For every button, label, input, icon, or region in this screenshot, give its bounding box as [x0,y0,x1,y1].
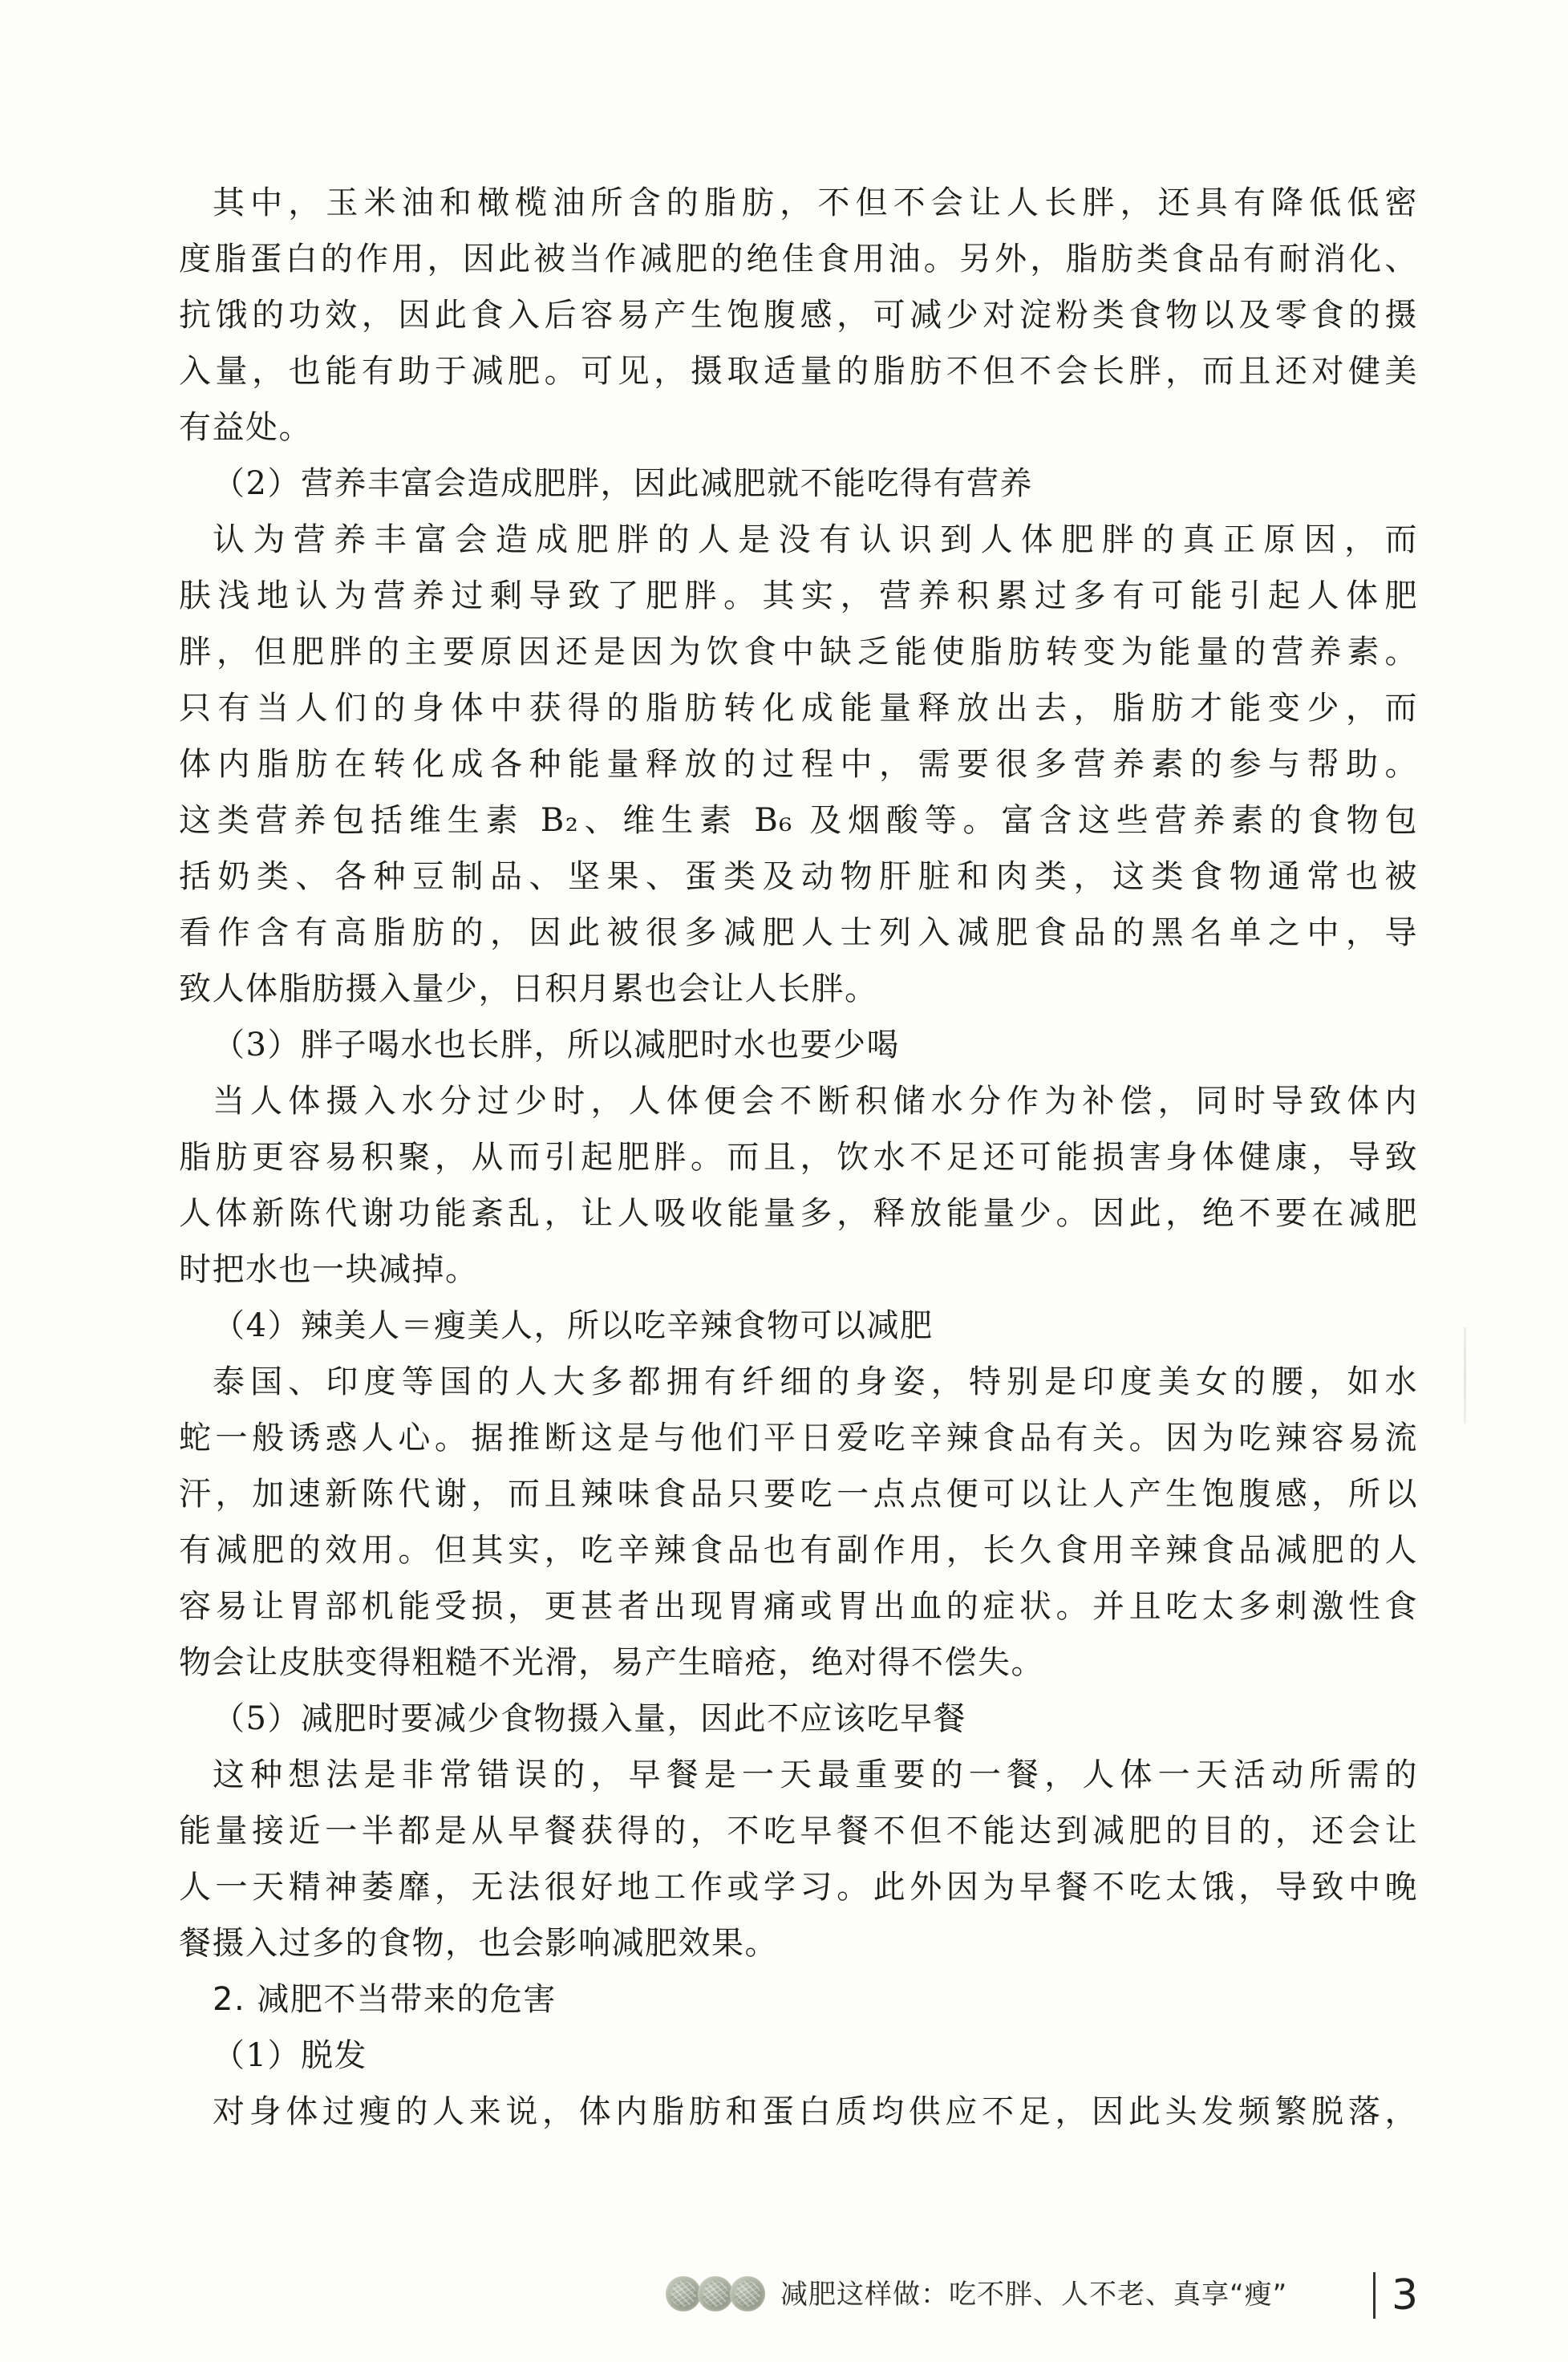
paragraph-line: 度脂蛋白的作用，因此被当作减肥的绝佳食用油。另外，脂肪类食品有耐消化、 [179,231,1418,287]
scan-artifact [1464,1327,1466,1424]
paragraph-line: 汗，加速新陈代谢，而且辣味食品只要吃一点点便可以让人产生饱腹感，所以 [179,1466,1418,1522]
book-title: 减肥这样做：吃不胖、人不老、真享“瘦” [780,2277,1287,2312]
page-footer: 减肥这样做：吃不胖、人不老、真享“瘦” 3 [666,2268,1428,2321]
page-number: 3 [1392,2271,1418,2319]
paragraph-line: 有益处。 [179,399,1418,456]
paragraph-line: 其中，玉米油和橄榄油所含的脂肪，不但不会让人长胖，还具有降低低密 [179,175,1418,231]
paragraph-line: 脂肪更容易积聚，从而引起肥胖。而且，饮水不足还可能损害身体健康，导致 [179,1129,1418,1185]
paragraph-line: 能量接近一半都是从早餐获得的，不吃早餐不但不能达到减肥的目的，还会让 [179,1803,1418,1859]
ornament-circle-icon [730,2276,765,2311]
three-circles-ornament-icon [666,2276,770,2311]
paragraph-line: 括奶类、各种豆制品、坚果、蛋类及动物肝脏和肉类，这类食物通常也被 [179,849,1418,905]
footer-divider [1373,2272,1376,2319]
subheading-hair-loss: （1）脱发 [179,2028,1418,2084]
paragraph-line: 时把水也一块减掉。 [179,1242,1418,1298]
page-body: 其中，玉米油和橄榄油所含的脂肪，不但不会让人长胖，还具有降低低密 度脂蛋白的作用… [179,175,1418,2140]
paragraph-line: 蛇一般诱惑人心。据推断这是与他们平日爱吃辛辣食品有关。因为吃辣容易流 [179,1410,1418,1466]
paragraph-line: 当人体摄入水分过少时，人体便会不断积储水分作为补偿，同时导致体内 [179,1073,1418,1129]
paragraph-line: 抗饿的功效，因此食入后容易产生饱腹感，可减少对淀粉类食物以及零食的摄 [179,287,1418,343]
ornament-circle-icon [698,2276,733,2311]
paragraph-line: 对身体过瘦的人来说，体内脂肪和蛋白质均供应不足，因此头发频繁脱落， [179,2084,1418,2140]
paragraph-line: 泰国、印度等国的人大多都拥有纤细的身姿，特别是印度美女的腰，如水 [179,1354,1418,1410]
section-heading: 2. 减肥不当带来的危害 [179,1971,1418,2028]
subheading-2: （2）营养丰富会造成肥胖，因此减肥就不能吃得有营养 [179,456,1418,512]
subheading-5: （5）减肥时要减少食物摄入量，因此不应该吃早餐 [179,1691,1418,1747]
paragraph-line: 胖，但肥胖的主要原因还是因为饮食中缺乏能使脂肪转变为能量的营养素。 [179,624,1418,680]
paragraph-line: 人一天精神萎靡，无法很好地工作或学习。此外因为早餐不吃太饿，导致中晚 [179,1859,1418,1915]
paragraph-line: 致人体脂肪摄入量少，日积月累也会让人长胖。 [179,961,1418,1017]
subheading-3: （3）胖子喝水也长胖，所以减肥时水也要少喝 [179,1017,1418,1073]
paragraph-line: 人体新陈代谢功能紊乱，让人吸收能量多，释放能量少。因此，绝不要在减肥 [179,1185,1418,1242]
paragraph-line: 认为营养丰富会造成肥胖的人是没有认识到人体肥胖的真正原因，而 [179,512,1418,568]
paragraph-line: 有减肥的效用。但其实，吃辛辣食品也有副作用，长久食用辛辣食品减肥的人 [179,1522,1418,1578]
paragraph-line: 这类营养包括维生素 B₂、维生素 B₆ 及烟酸等。富含这些营养素的食物包 [179,792,1418,849]
subheading-4: （4）辣美人＝瘦美人，所以吃辛辣食物可以减肥 [179,1298,1418,1354]
paragraph-line: 肤浅地认为营养过剩导致了肥胖。其实，营养积累过多有可能引起人体肥 [179,568,1418,624]
paragraph-line: 容易让胃部机能受损，更甚者出现胃痛或胃出血的症状。并且吃太多刺激性食 [179,1578,1418,1635]
paragraph-line: 体内脂肪在转化成各种能量释放的过程中，需要很多营养素的参与帮助。 [179,736,1418,792]
paragraph-line: 只有当人们的身体中获得的脂肪转化成能量释放出去，脂肪才能变少，而 [179,680,1418,736]
paragraph-line: 入量，也能有助于减肥。可见，摄取适量的脂肪不但不会长胖，而且还对健美 [179,343,1418,399]
ornament-circle-icon [666,2276,701,2311]
paragraph-line: 这种想法是非常错误的，早餐是一天最重要的一餐，人体一天活动所需的 [179,1747,1418,1803]
paragraph-line: 看作含有高脂肪的，因此被很多减肥人士列入减肥食品的黑名单之中，导 [179,905,1418,961]
paragraph-line: 物会让皮肤变得粗糙不光滑，易产生暗疮，绝对得不偿失。 [179,1635,1418,1691]
paragraph-line: 餐摄入过多的食物，也会影响减肥效果。 [179,1915,1418,1971]
